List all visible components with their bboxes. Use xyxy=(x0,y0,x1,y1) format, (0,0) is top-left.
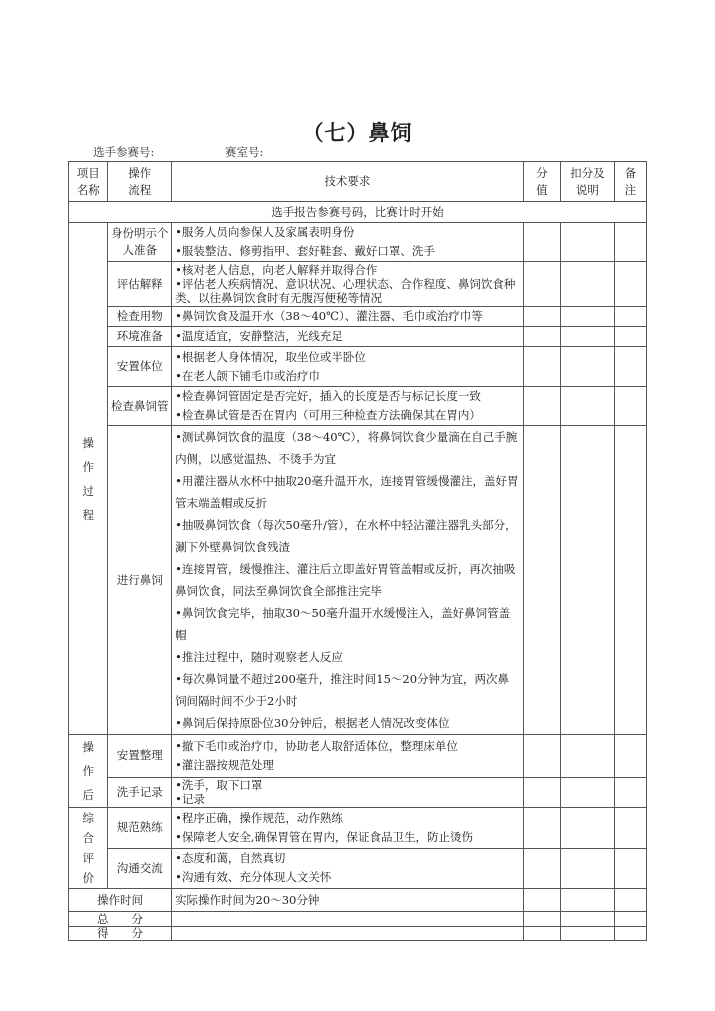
remarks-cell[interactable] xyxy=(614,912,646,927)
score-cell[interactable] xyxy=(523,307,560,327)
deduction-cell[interactable] xyxy=(561,307,615,327)
remarks-cell[interactable] xyxy=(614,307,646,327)
step-name: 检查用物 xyxy=(108,307,172,327)
deduction-cell[interactable] xyxy=(561,735,615,778)
remarks-cell[interactable] xyxy=(614,327,646,347)
remarks-cell[interactable] xyxy=(614,426,646,735)
deduction-cell[interactable] xyxy=(561,327,615,347)
section-name-procedure: 操作过程 xyxy=(69,223,108,735)
step-name: 沟通交流 xyxy=(108,848,172,889)
step-name: 安置体位 xyxy=(108,347,172,387)
score-cell[interactable] xyxy=(523,927,560,941)
score-cell[interactable] xyxy=(523,848,560,889)
step-name: 评估解释 xyxy=(108,262,172,307)
table-row: 进行鼻饲 •测试鼻饲饮食的温度（38～40℃），将鼻饲饮食少量滴在自己手腕内侧，… xyxy=(69,426,647,735)
score-cell[interactable] xyxy=(523,912,560,927)
header-remarks: 备注 xyxy=(614,162,646,202)
remarks-cell[interactable] xyxy=(614,777,646,807)
table-row: 环境准备 •温度适宜，安静整洁，光线充足 xyxy=(69,327,647,347)
header-procedure: 操作流程 xyxy=(108,162,172,202)
requirements-cell: •程序正确，操作规范，动作熟练•保障老人安全,确保胃管在胃内，保证食品卫生，防止… xyxy=(172,808,524,849)
deduction-cell[interactable] xyxy=(561,426,615,735)
remarks-cell[interactable] xyxy=(614,808,646,849)
operation-time-row: 操作时间 实际操作时间为20～30分钟 xyxy=(69,889,647,912)
remarks-cell[interactable] xyxy=(614,347,646,387)
table-row: 综合评价 规范熟练 •程序正确，操作规范，动作熟练•保障老人安全,确保胃管在胃内… xyxy=(69,808,647,849)
scoring-table: 项目名称 操作流程 技术要求 分值 扣分及说明 备注 选手报告参赛号码，比赛计时… xyxy=(68,161,647,941)
requirements-cell: •态度和蔼，自然真切•沟通有效、充分体现人文关怀 xyxy=(172,848,524,889)
header-requirements: 技术要求 xyxy=(172,162,524,202)
start-notice: 选手报告参赛号码，比赛计时开始 xyxy=(69,202,647,223)
remarks-cell[interactable] xyxy=(614,927,646,941)
score-cell[interactable] xyxy=(523,223,560,262)
step-name: 环境准备 xyxy=(108,327,172,347)
requirements-cell: •服务人员向参保人及家属表明身份•服装整洁、修剪指甲、套好鞋套、戴好口罩、洗手 xyxy=(172,223,524,262)
remarks-cell[interactable] xyxy=(614,387,646,426)
final-score-row: 得 分 xyxy=(69,927,647,941)
table-row: 检查用物 •鼻饲饮食及温开水（38～40℃）、灌注器、毛巾或治疗巾等 xyxy=(69,307,647,327)
score-cell[interactable] xyxy=(523,735,560,778)
remarks-cell[interactable] xyxy=(614,262,646,307)
score-cell[interactable] xyxy=(523,889,560,912)
step-name: 身份明示个人准备 xyxy=(108,223,172,262)
header-row: 项目名称 操作流程 技术要求 分值 扣分及说明 备注 xyxy=(69,162,647,202)
step-name: 检查鼻饲管 xyxy=(108,387,172,426)
section-name-post-operation: 操作后 xyxy=(69,735,108,808)
deduction-cell[interactable] xyxy=(561,889,615,912)
score-cell[interactable] xyxy=(523,777,560,807)
header-score: 分值 xyxy=(523,162,560,202)
step-name: 洗手记录 xyxy=(108,777,172,807)
notice-row: 选手报告参赛号码，比赛计时开始 xyxy=(69,202,647,223)
requirements-cell: •温度适宜，安静整洁，光线充足 xyxy=(172,327,524,347)
header-item-name: 项目名称 xyxy=(69,162,108,202)
score-cell[interactable] xyxy=(523,387,560,426)
deduction-cell[interactable] xyxy=(561,387,615,426)
final-score-value-cell[interactable] xyxy=(172,927,524,941)
requirements-cell: •鼻饲饮食及温开水（38～40℃）、灌注器、毛巾或治疗巾等 xyxy=(172,307,524,327)
page-title: （七）鼻饲 xyxy=(0,117,715,147)
step-name: 规范熟练 xyxy=(108,808,172,849)
total-row: 总 分 xyxy=(69,912,647,927)
score-cell[interactable] xyxy=(523,327,560,347)
table-row: 评估解释 •核对老人信息，向老人解释并取得合作•评估老人疾病情况、意识状况、心理… xyxy=(69,262,647,307)
table-row: 操作后 安置整理 •撤下毛巾或治疗巾，协助老人取舒适体位，整理床单位•灌注器按规… xyxy=(69,735,647,778)
score-cell[interactable] xyxy=(523,262,560,307)
deduction-cell[interactable] xyxy=(561,927,615,941)
header-deduction: 扣分及说明 xyxy=(561,162,615,202)
step-name: 安置整理 xyxy=(108,735,172,778)
remarks-cell[interactable] xyxy=(614,735,646,778)
score-cell[interactable] xyxy=(523,347,560,387)
table-row: 操作过程 身份明示个人准备 •服务人员向参保人及家属表明身份•服装整洁、修剪指甲… xyxy=(69,223,647,262)
score-cell[interactable] xyxy=(523,808,560,849)
table-row: 洗手记录 •洗手，取下口罩•记录 xyxy=(69,777,647,807)
deduction-cell[interactable] xyxy=(561,912,615,927)
table-row: 安置体位 •根据老人身体情况，取坐位或半卧位•在老人颌下铺毛巾或治疗巾 xyxy=(69,347,647,387)
operation-time-value: 实际操作时间为20～30分钟 xyxy=(172,889,524,912)
requirements-cell: •根据老人身体情况，取坐位或半卧位•在老人颌下铺毛巾或治疗巾 xyxy=(172,347,524,387)
requirements-cell: •核对老人信息，向老人解释并取得合作•评估老人疾病情况、意识状况、心理状态、合作… xyxy=(172,262,524,307)
contestant-number-label: 选手参赛号: xyxy=(93,144,154,160)
step-name: 进行鼻饲 xyxy=(108,426,172,735)
room-number-label: 赛室号: xyxy=(225,144,263,160)
table-row: 检查鼻饲管 •检查鼻饲管固定是否完好，插入的长度是否与标记长度一致•检查鼻试管是… xyxy=(69,387,647,426)
remarks-cell[interactable] xyxy=(614,848,646,889)
deduction-cell[interactable] xyxy=(561,777,615,807)
deduction-cell[interactable] xyxy=(561,262,615,307)
operation-time-label: 操作时间 xyxy=(69,889,172,912)
section-name-evaluation: 综合评价 xyxy=(69,808,108,889)
requirements-cell: •撤下毛巾或治疗巾，协助老人取舒适体位，整理床单位•灌注器按规范处理 xyxy=(172,735,524,778)
requirements-cell: •检查鼻饲管固定是否完好，插入的长度是否与标记长度一致•检查鼻试管是否在胃内（可… xyxy=(172,387,524,426)
total-label: 总 分 xyxy=(69,912,172,927)
final-score-label: 得 分 xyxy=(69,927,172,941)
requirements-cell: •测试鼻饲饮食的温度（38～40℃），将鼻饲饮食少量滴在自己手腕内侧，以感觉温热… xyxy=(172,426,524,735)
table-row: 沟通交流 •态度和蔼，自然真切•沟通有效、充分体现人文关怀 xyxy=(69,848,647,889)
deduction-cell[interactable] xyxy=(561,808,615,849)
remarks-cell[interactable] xyxy=(614,223,646,262)
deduction-cell[interactable] xyxy=(561,848,615,889)
deduction-cell[interactable] xyxy=(561,223,615,262)
remarks-cell[interactable] xyxy=(614,889,646,912)
requirements-cell: •洗手，取下口罩•记录 xyxy=(172,777,524,807)
total-value-cell[interactable] xyxy=(172,912,524,927)
deduction-cell[interactable] xyxy=(561,347,615,387)
score-cell[interactable] xyxy=(523,426,560,735)
